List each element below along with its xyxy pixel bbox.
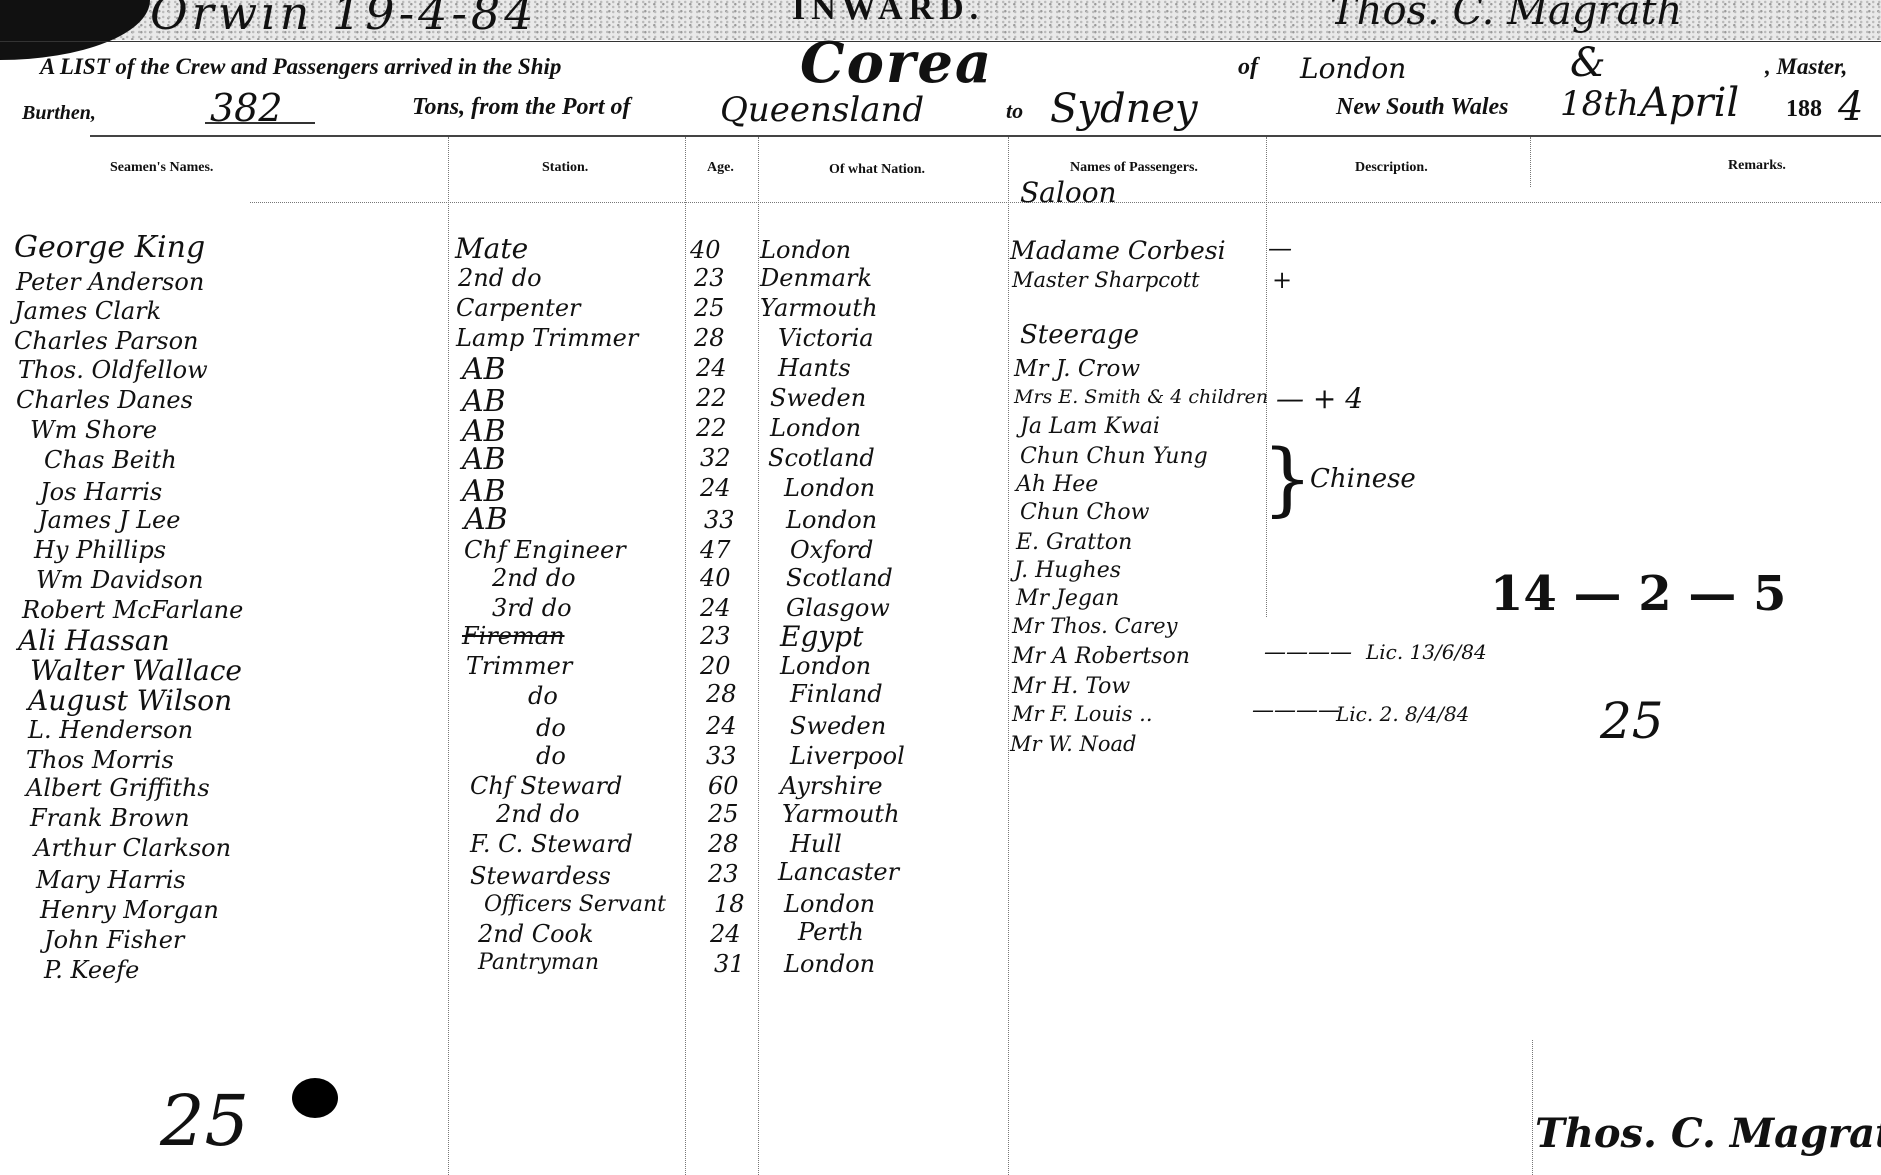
passenger-name: Mr Jegan (1016, 586, 1119, 611)
burthen-label: Burthen, (22, 102, 96, 125)
seaman-name: Charles Danes (16, 386, 193, 414)
passenger-name: Mr F. Louis .. (1012, 702, 1153, 726)
seaman-nation: Yarmouth (760, 294, 878, 322)
seaman-station: Chf Steward (470, 772, 622, 800)
seaman-station: 3rd do (492, 594, 572, 622)
to-label: to (1006, 98, 1023, 124)
form-type-title: INWARD. (792, 0, 984, 28)
seaman-station: 2nd do (492, 564, 576, 592)
master-signature: Thos. C. Magrath (1535, 1110, 1881, 1157)
seaman-name: James Clark (14, 297, 161, 325)
seaman-name: Peter Anderson (16, 268, 204, 296)
seaman-name: Hy Phillips (34, 536, 166, 564)
passenger-name: Mr W. Noad (1010, 732, 1136, 756)
seaman-station: Fireman (462, 622, 565, 650)
seaman-age: 25 (708, 800, 739, 828)
remark-tally-1: 14 — 2 — 5 (1490, 566, 1786, 622)
col-divider-station (448, 137, 449, 1175)
seaman-station: 2nd do (458, 264, 542, 292)
col-header-station: Station. (542, 160, 588, 176)
seaman-name: Ali Hassan (18, 624, 170, 657)
passenger-name: E. Gratton (1016, 530, 1132, 555)
seaman-name: Arthur Clarkson (34, 834, 231, 862)
seaman-nation: Scotland (786, 564, 893, 592)
passenger-name: Mr H. Tow (1012, 674, 1130, 699)
seaman-nation: Yarmouth (782, 800, 900, 828)
seaman-age: 28 (708, 830, 739, 858)
to-port: Sydney (1050, 86, 1198, 132)
seaman-age: 28 (706, 680, 737, 708)
arrival-day: 18th (1560, 84, 1639, 124)
seaman-station: do (536, 714, 566, 742)
seaman-name: Jos Harris (40, 478, 162, 506)
seaman-station: Officers Servant (484, 892, 666, 917)
seaman-age: 47 (700, 536, 731, 564)
seaman-station: Carpenter (456, 294, 581, 322)
seaman-age: 22 (696, 384, 727, 412)
seaman-name: Mary Harris (36, 866, 186, 894)
passenger-name: Mr Thos. Carey (1012, 614, 1177, 638)
seaman-name: Wm Davidson (36, 566, 203, 594)
seaman-name: Frank Brown (30, 804, 190, 832)
passenger-name: Madame Corbesi (1010, 236, 1226, 265)
seaman-station: Mate (455, 232, 528, 265)
seaman-name: Chas Beith (44, 446, 177, 474)
passenger-name: J. Hughes (1014, 558, 1121, 583)
seaman-age: 23 (694, 264, 725, 292)
master-ampersand: & (1570, 40, 1606, 86)
seaman-name: Albert Griffiths (26, 774, 210, 802)
seaman-name: Walter Wallace (30, 654, 242, 687)
seaman-station: Stewardess (470, 862, 611, 890)
col-divider-right (1532, 1040, 1533, 1175)
seaman-age: 22 (696, 414, 727, 442)
remark-louis: Lic. 2. 8/4/84 (1336, 702, 1469, 726)
seaman-age: 60 (708, 772, 739, 800)
ink-blot (292, 1078, 338, 1118)
passenger-mark: — (1268, 234, 1292, 262)
seaman-age: 24 (700, 474, 731, 502)
year-handwritten: 4 (1838, 84, 1863, 130)
passenger-mark: ———— (1252, 698, 1340, 723)
seaman-age: 28 (694, 324, 725, 352)
scan-dark-corner (0, 0, 150, 60)
home-port: London (1300, 52, 1406, 85)
seaman-name: Thos Morris (26, 746, 174, 774)
seaman-station: 2nd Cook (478, 920, 594, 948)
seaman-nation: London (784, 474, 875, 502)
col-header-nation: Of what Nation. (829, 162, 925, 178)
seaman-station: Lamp Trimmer (456, 324, 638, 352)
seaman-age: 32 (700, 444, 731, 472)
arrival-month: April (1640, 80, 1739, 126)
seaman-age: 40 (700, 564, 731, 592)
passenger-name: Chun Chun Yung (1020, 444, 1208, 469)
tons-underline (205, 122, 315, 124)
seaman-name: Robert McFarlane (22, 596, 243, 624)
seaman-age: 18 (714, 890, 745, 918)
seaman-name: Charles Parson (14, 327, 199, 355)
passenger-name: Mr J. Crow (1014, 356, 1140, 382)
seaman-station: 2nd do (496, 800, 580, 828)
seaman-name: Thos. Oldfellow (18, 356, 208, 384)
seaman-name: P. Keefe (44, 956, 139, 984)
col-header-description: Description. (1355, 160, 1428, 176)
master-label: , Master, (1765, 54, 1847, 80)
remark-robertson: Lic. 13/6/84 (1366, 640, 1487, 664)
seaman-name: Henry Morgan (40, 896, 219, 924)
col-header-age: Age. (707, 160, 734, 176)
tons-label: Tons, from the Port of (412, 94, 630, 121)
saloon-label: Saloon (1020, 176, 1117, 209)
passenger-name: Ja Lam Kwai (1020, 414, 1160, 439)
passenger-mark: + (1272, 266, 1292, 294)
seaman-nation: Hull (790, 830, 842, 858)
seaman-station: Trimmer (466, 652, 572, 680)
seaman-station: AB (464, 502, 508, 537)
seaman-nation: London (760, 236, 851, 264)
seaman-nation: Denmark (760, 264, 872, 292)
seaman-nation: Perth (798, 918, 864, 946)
header-rule (90, 135, 1881, 137)
seaman-station: Pantryman (478, 950, 599, 975)
top-note: Orwin 19-4-84 (150, 0, 537, 40)
year-printed: 188 (1786, 96, 1822, 123)
col-header-remarks: Remarks. (1728, 158, 1786, 174)
seaman-nation: London (784, 890, 875, 918)
seaman-nation: Glasgow (786, 594, 890, 622)
seaman-age: 31 (714, 950, 745, 978)
seaman-age: 33 (706, 742, 737, 770)
seaman-age: 23 (700, 622, 731, 650)
from-port: Queensland (720, 90, 924, 130)
col-header-passengers: Names of Passengers. (1070, 160, 1198, 176)
passenger-name: Chun Chow (1020, 500, 1149, 525)
seaman-name: L. Henderson (28, 716, 193, 744)
seaman-nation: Liverpool (790, 742, 905, 770)
passenger-name: Ah Hee (1016, 472, 1098, 497)
seaman-nation: Oxford (790, 536, 873, 564)
remark-tally-2: 25 (1600, 692, 1664, 750)
seaman-nation: London (784, 950, 875, 978)
seaman-nation: Sweden (770, 384, 866, 412)
col-divider-description (1266, 137, 1267, 617)
seaman-name: Wm Shore (30, 416, 157, 444)
seaman-nation: Finland (790, 680, 883, 708)
seaman-name: August Wilson (28, 684, 232, 717)
group-brace: } (1262, 432, 1313, 525)
col-divider-passengers (1008, 137, 1009, 1175)
seaman-age: 20 (700, 652, 731, 680)
seaman-age: 33 (704, 506, 735, 534)
seaman-nation: Victoria (778, 324, 874, 352)
seaman-nation: London (770, 414, 861, 442)
passenger-mark: ———— (1264, 640, 1352, 665)
steerage-label: Steerage (1020, 320, 1139, 350)
crew-count-total: 25 (160, 1080, 249, 1162)
seaman-name: John Fisher (44, 926, 184, 954)
seaman-nation: Hants (778, 354, 851, 382)
seaman-age: 24 (706, 712, 737, 740)
seaman-station: F. C. Steward (470, 830, 633, 858)
group-description: Chinese (1310, 464, 1416, 494)
seaman-nation: Ayrshire (780, 772, 883, 800)
col-divider-age (685, 137, 686, 1175)
colony-label: New South Wales (1336, 94, 1509, 121)
seaman-age: 24 (700, 594, 731, 622)
of-label: of (1238, 54, 1258, 81)
col-header-seamen: Seamen's Names. (110, 160, 213, 176)
seaman-nation: London (780, 652, 871, 680)
master-name-top: Thos. C. Magrath (1330, 0, 1682, 34)
seaman-age: 23 (708, 860, 739, 888)
list-title: A LIST of the Crew and Passengers arrive… (40, 54, 561, 80)
seaman-nation: Scotland (768, 444, 875, 472)
seaman-age: 25 (694, 294, 725, 322)
seaman-age: 40 (690, 236, 721, 264)
seaman-nation: Sweden (790, 712, 886, 740)
seaman-station: do (536, 742, 566, 770)
seaman-name: James J Lee (38, 506, 180, 534)
seaman-station: AB (462, 352, 506, 387)
passenger-name: Mr A Robertson (1012, 644, 1190, 669)
seaman-station: do (528, 682, 558, 710)
passenger-name: Master Sharpcott (1012, 268, 1200, 292)
ship-name: Corea (800, 30, 993, 96)
seaman-station: Chf Engineer (464, 536, 626, 564)
seaman-nation: London (786, 506, 877, 534)
seaman-nation: Lancaster (778, 858, 899, 886)
seaman-age: 24 (696, 354, 727, 382)
passenger-mark: — + 4 (1276, 382, 1363, 415)
seaman-name: George King (14, 230, 205, 265)
seaman-nation: Egypt (780, 620, 863, 653)
passenger-name: Mrs E. Smith & 4 children (1014, 386, 1268, 408)
col-divider-remarks (1530, 137, 1531, 187)
seaman-age: 24 (710, 920, 741, 948)
seaman-station: AB (462, 442, 506, 477)
col-divider-nation (758, 137, 759, 1175)
